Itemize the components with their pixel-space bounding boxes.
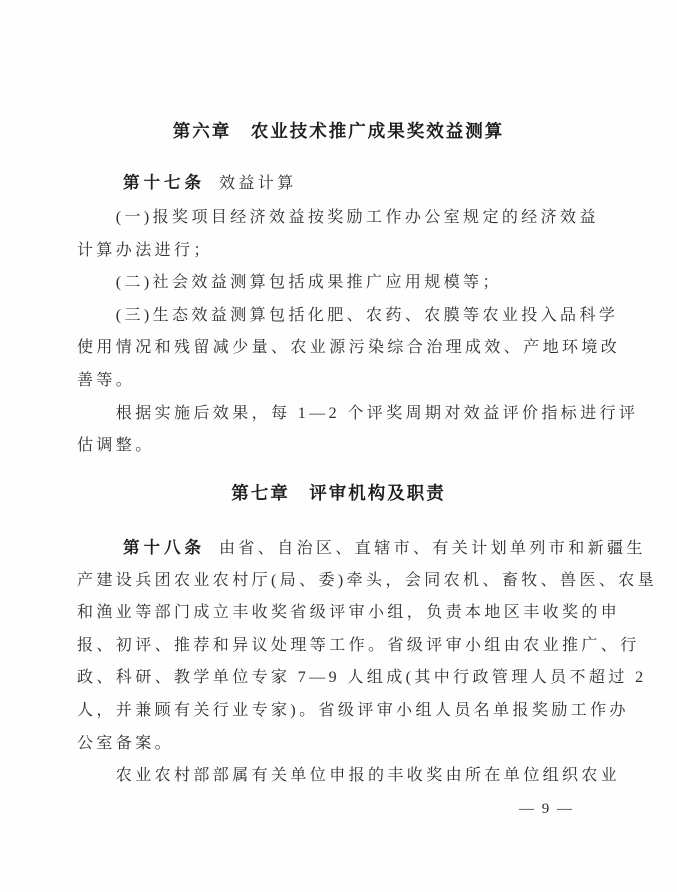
article-17-title: 效益计算 <box>219 175 297 192</box>
article-17-number: 第十七条 <box>123 174 205 192</box>
article-17-heading-line: 第十七条效益计算 <box>77 167 600 200</box>
text-line: 人，并兼顾有关行业专家)。省级评审小组人员名单报奖励工作办 <box>77 695 600 728</box>
chapter-6-heading: 第六章 农业技术推广成果奖效益测算 <box>77 121 600 141</box>
article-18-lines: 产建设兵团农业农村厅(局、委)牵头，会同农机、畜牧、兽医、农垦和渔业等部门成立丰… <box>77 565 600 793</box>
chapter-6-body: (一)报奖项目经济效益按奖励工作办公室规定的经济效益计算办法进行； (二)社会效… <box>77 202 600 463</box>
page-number: — 9 — <box>77 801 600 818</box>
article-18-number: 第十八条 <box>123 539 205 557</box>
text-line: 计算办法进行； <box>77 235 600 268</box>
article-18-first-line: 第十八条由省、自治区、直辖市、有关计划单列市和新疆生 <box>77 532 600 565</box>
text-line: (三)生态效益测算包括化肥、农药、农膜等农业投入品科学 <box>77 300 600 333</box>
text-line: 报、初评、推荐和异议处理等工作。省级评审小组由农业推广、行 <box>77 630 600 663</box>
text-line: 公室备案。 <box>77 728 600 761</box>
text-line: 和渔业等部门成立丰收奖省级评审小组，负责本地区丰收奖的申 <box>77 597 600 630</box>
text-line: 根据实施后效果，每 1—2 个评奖周期对效益评价指标进行评 <box>77 398 600 431</box>
text-line: 估调整。 <box>77 430 600 463</box>
text-line: 政、科研、教学单位专家 7—9 人组成(其中行政管理人员不超过 2 <box>77 662 600 695</box>
text-line: (一)报奖项目经济效益按奖励工作办公室规定的经济效益 <box>77 202 600 235</box>
text-line: 农业农村部部属有关单位申报的丰收奖由所在单位组织农业 <box>77 760 600 793</box>
text-line: 产建设兵团农业农村厅(局、委)牵头，会同农机、畜牧、兽医、农垦 <box>77 565 600 598</box>
chapter-7-heading: 第七章 评审机构及职责 <box>77 483 600 503</box>
text-line: 使用情况和残留减少量、农业源污染综合治理成效、产地环境改 <box>77 332 600 365</box>
text-line: (二)社会效益测算包括成果推广应用规模等； <box>77 267 600 300</box>
article-18-first-line-text: 由省、自治区、直辖市、有关计划单列市和新疆生 <box>219 540 646 557</box>
text-line: 善等。 <box>77 365 600 398</box>
article-18-body: 第十八条由省、自治区、直辖市、有关计划单列市和新疆生 产建设兵团农业农村厅(局、… <box>77 532 600 793</box>
document-page: 第六章 农业技术推广成果奖效益测算 第十七条效益计算 (一)报奖项目经济效益按奖… <box>0 0 677 892</box>
